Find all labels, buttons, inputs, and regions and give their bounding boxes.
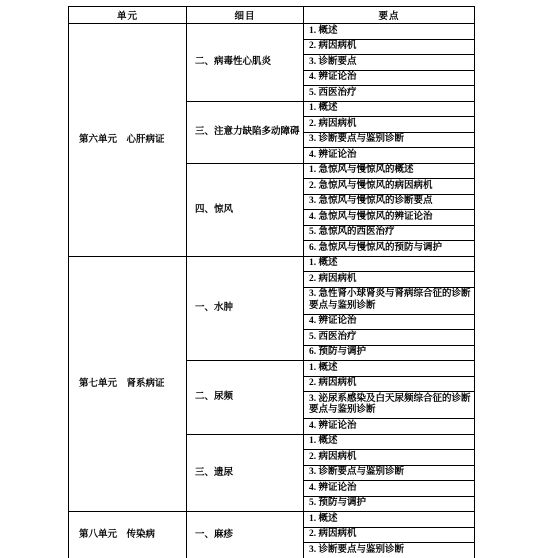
point-cell: 4. 急惊风与慢惊风的辨证论治 bbox=[304, 210, 475, 226]
point-cell: 4. 辨证论治 bbox=[304, 148, 475, 164]
point-cell: 5. 预防与调护 bbox=[304, 496, 475, 512]
header-col-item: 细目 bbox=[187, 7, 304, 24]
header-col-points: 要点 bbox=[304, 7, 475, 24]
point-cell: 4. 辨证论治 bbox=[304, 481, 475, 497]
point-cell: 1. 概述 bbox=[304, 361, 475, 377]
point-cell: 2. 病因病机 bbox=[304, 39, 475, 55]
point-cell: 5. 西医治疗 bbox=[304, 86, 475, 102]
table-row: 第六单元 心肝病证二、病毒性心肌炎1. 概述 bbox=[69, 24, 475, 40]
table-body: 第六单元 心肝病证二、病毒性心肌炎1. 概述2. 病因病机3. 诊断要点4. 辨… bbox=[69, 24, 475, 558]
unit-cell: 第八单元 传染病 bbox=[69, 512, 187, 558]
point-cell: 6. 急惊风与慢惊风的预防与调护 bbox=[304, 241, 475, 257]
syllabus-table: 单元 细目 要点 第六单元 心肝病证二、病毒性心肌炎1. 概述2. 病因病机3.… bbox=[68, 6, 475, 558]
point-cell: 2. 病因病机 bbox=[304, 527, 475, 543]
point-cell: 1. 概述 bbox=[304, 512, 475, 528]
header-row: 单元 细目 要点 bbox=[69, 7, 475, 24]
point-cell: 4. 辨证论治 bbox=[304, 314, 475, 330]
point-cell: 1. 概述 bbox=[304, 101, 475, 117]
table-row: 第七单元 肾系病证一、水肿1. 概述 bbox=[69, 256, 475, 272]
point-cell: 3. 诊断要点与鉴别诊断 bbox=[304, 132, 475, 148]
item-cell: 二、尿频 bbox=[187, 361, 304, 435]
item-cell: 一、水肿 bbox=[187, 256, 304, 361]
item-cell: 二、病毒性心肌炎 bbox=[187, 24, 304, 102]
point-cell: 3. 急性肾小球肾炎与肾病综合征的诊断要点与鉴别诊断 bbox=[304, 287, 475, 314]
item-cell: 四、惊风 bbox=[187, 163, 304, 256]
unit-cell: 第七单元 肾系病证 bbox=[69, 256, 187, 512]
point-cell: 2. 病因病机 bbox=[304, 376, 475, 392]
point-cell: 1. 概述 bbox=[304, 434, 475, 450]
item-cell: 三、遗尿 bbox=[187, 434, 304, 512]
point-cell: 3. 泌尿系感染及白天尿频综合征的诊断要点与鉴别诊断 bbox=[304, 392, 475, 419]
point-cell: 1. 概述 bbox=[304, 256, 475, 272]
point-cell: 6. 预防与调护 bbox=[304, 345, 475, 361]
item-cell: 一、麻疹 bbox=[187, 512, 304, 558]
point-cell: 2. 急惊风与慢惊风的病因病机 bbox=[304, 179, 475, 195]
point-cell: 2. 病因病机 bbox=[304, 117, 475, 133]
unit-cell: 第六单元 心肝病证 bbox=[69, 24, 187, 257]
point-cell: 1. 概述 bbox=[304, 24, 475, 40]
point-cell: 3. 诊断要点与鉴别诊断 bbox=[304, 465, 475, 481]
table-row: 第八单元 传染病一、麻疹1. 概述 bbox=[69, 512, 475, 528]
point-cell: 4. 辨证论治 bbox=[304, 70, 475, 86]
item-cell: 三、注意力缺陷多动障碍 bbox=[187, 101, 304, 163]
point-cell: 5. 急惊风的西医治疗 bbox=[304, 225, 475, 241]
point-cell: 3. 诊断要点 bbox=[304, 55, 475, 71]
point-cell: 3. 急惊风与慢惊风的诊断要点 bbox=[304, 194, 475, 210]
header-col-unit: 单元 bbox=[69, 7, 187, 24]
point-cell: 2. 病因病机 bbox=[304, 272, 475, 288]
point-cell: 3. 诊断要点与鉴别诊断 bbox=[304, 543, 475, 558]
point-cell: 1. 急惊风与慢惊风的概述 bbox=[304, 163, 475, 179]
point-cell: 2. 病因病机 bbox=[304, 450, 475, 466]
point-cell: 4. 辨证论治 bbox=[304, 419, 475, 435]
point-cell: 5. 西医治疗 bbox=[304, 330, 475, 346]
document-page: 单元 细目 要点 第六单元 心肝病证二、病毒性心肌炎1. 概述2. 病因病机3.… bbox=[0, 0, 542, 558]
